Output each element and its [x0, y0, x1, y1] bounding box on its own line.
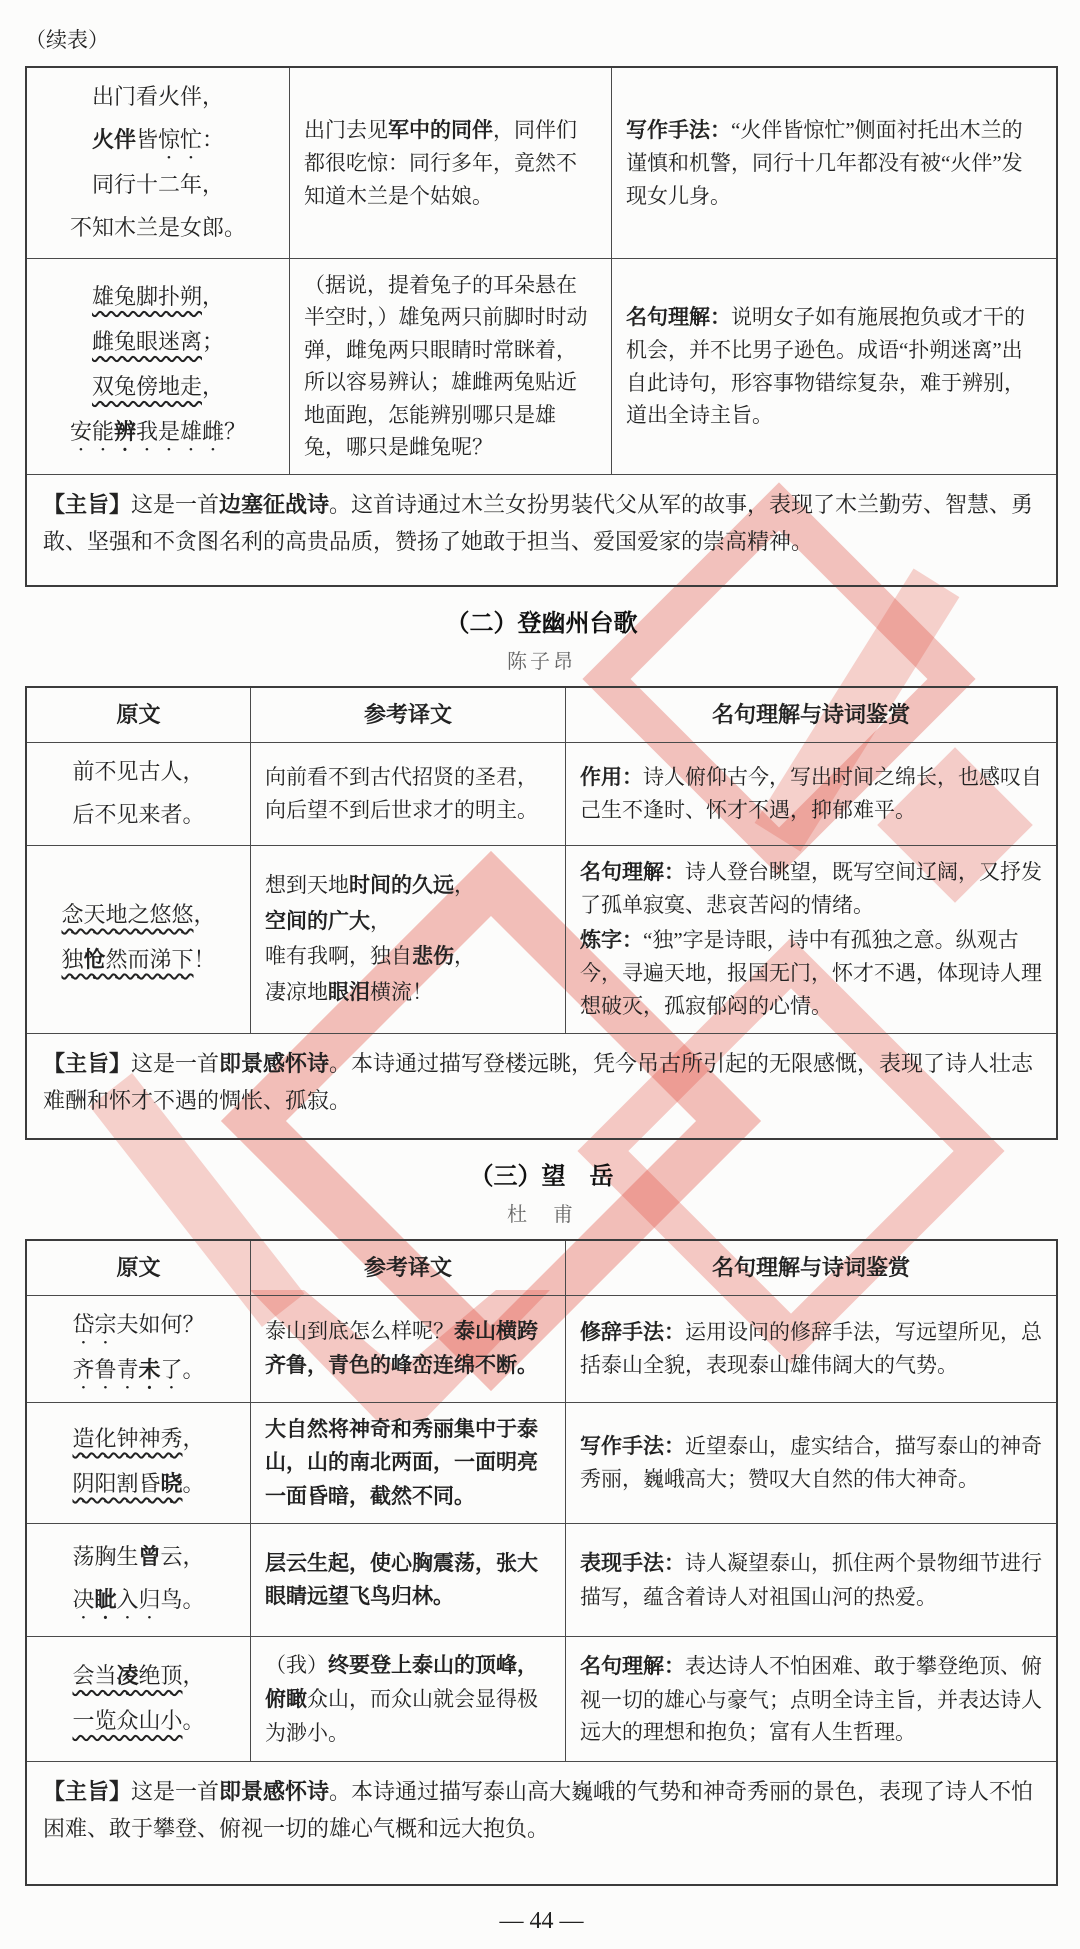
translation-cell: （据说，提着兔子的耳朵悬在半空时，）雄兔两只前脚时时动弹，雌兔两只眼睛时常眯着，…: [289, 259, 611, 474]
poem-cell: 念天地之悠悠，独怆然而涕下！: [27, 846, 250, 1033]
header-cell-analysis: 名句理解与诗词鉴赏: [565, 688, 1056, 742]
theme-summary-row: 【主旨】这是一首即景感怀诗。本诗通过描写泰山高大巍峨的气势和神奇秀丽的景色，表现…: [27, 1761, 1056, 1884]
table-row: 造化钟神秀，阴阳割昏晓。 大自然将神奇和秀丽集中于泰山，山的南北两面，一面明亮一…: [27, 1402, 1056, 1524]
table-row: 前不见古人，后不见来者。 向前看不到古代招贤的圣君，向后望不到后世求才的明主。 …: [27, 742, 1056, 845]
translation-cell: 大自然将神奇和秀丽集中于泰山，山的南北两面，一面明亮一面昏暗，截然不同。: [250, 1403, 565, 1524]
table-row: 雄兔脚扑朔，雌兔眼迷离；双兔傍地走，安能辨我是雄雌？ （据说，提着兔子的耳朵悬在…: [27, 258, 1056, 474]
table-row: 荡胸生曾云，决眦入归鸟。 层云生起，使心胸震荡，张大眼睛远望飞鸟归林。 表现手法…: [27, 1523, 1056, 1636]
section-heading: （三）望 岳 杜 甫: [25, 1156, 1058, 1227]
theme-summary-row: 【主旨】这是一首边塞征战诗。这首诗通过木兰女扮男装代父从军的故事，表现了木兰勤劳…: [27, 474, 1056, 585]
analysis-cell: 名句理解：诗人登台眺望，既写空间辽阔，又抒发了孤单寂寞、悲哀苦闷的情绪。炼字：“…: [565, 846, 1056, 1033]
table-row: 会当凌绝顶，一览众山小。 （我）终要登上泰山的顶峰，俯瞰众山，而众山就会显得极为…: [27, 1636, 1056, 1761]
analysis-cell: 写作手法：近望泰山，虚实结合，描写泰山的神奇秀丽，巍峨高大；赞叹大自然的伟大神奇…: [565, 1403, 1056, 1524]
analysis-cell: 作用：诗人俯仰古今，写出时间之绵长，也感叹自己生不逢时、怀才不遇，抑郁难平。: [565, 743, 1056, 845]
table-mulan-continued: 出门看火伴，火伴皆惊忙：同行十二年，不知木兰是女郎。 出门去见军中的同伴，同伴们…: [25, 66, 1058, 587]
analysis-cell: 名句理解：说明女子如有施展抱负或才干的机会，并不比男子逊色。成语“扑朔迷离”出自…: [611, 259, 1056, 474]
analysis-cell: 表现手法：诗人凝望泰山，抓住两个景物细节进行描写，蕴含着诗人对祖国山河的热爱。: [565, 1524, 1056, 1636]
translation-cell: 泰山到底怎么样呢？泰山横跨齐鲁，青色的峰峦连绵不断。: [250, 1296, 565, 1402]
section-author: 陈子昂: [25, 645, 1058, 674]
analysis-cell: 修辞手法：运用设问的修辞手法，写远望所见，总括泰山全貌，表现泰山雄伟阔大的气势。: [565, 1296, 1056, 1402]
translation-cell: 想到天地时间的久远，空间的广大，唯有我啊，独自悲伤，凄凉地眼泪横流！: [250, 846, 565, 1033]
section-title: （三）望 岳: [25, 1156, 1058, 1191]
header-cell-translation: 参考译文: [250, 688, 565, 742]
poem-cell: 前不见古人，后不见来者。: [27, 743, 250, 845]
header-cell-analysis: 名句理解与诗词鉴赏: [565, 1241, 1056, 1295]
section-author: 杜 甫: [25, 1198, 1058, 1227]
translation-cell: 出门去见军中的同伴，同伴们都很吃惊：同行多年，竟然不知道木兰是个姑娘。: [289, 68, 611, 258]
section-title: （二）登幽州台歌: [25, 603, 1058, 638]
translation-cell: 层云生起，使心胸震荡，张大眼睛远望飞鸟归林。: [250, 1524, 565, 1636]
theme-summary-row: 【主旨】这是一首即景感怀诗。本诗通过描写登楼远眺，凭今吊古所引起的无限感慨，表现…: [27, 1033, 1056, 1138]
continued-table-label: （续表）: [25, 24, 1058, 54]
poem-cell: 荡胸生曾云，决眦入归鸟。: [27, 1524, 250, 1636]
section-heading: （二）登幽州台歌 陈子昂: [25, 603, 1058, 674]
poem-cell: 岱宗夫如何？齐鲁青未了。: [27, 1296, 250, 1402]
poem-cell: 雄兔脚扑朔，雌兔眼迷离；双兔傍地走，安能辨我是雄雌？: [27, 259, 289, 474]
translation-cell: （我）终要登上泰山的顶峰，俯瞰众山，而众山就会显得极为渺小。: [250, 1637, 565, 1761]
table-dengyouzhoutaige: 原文 参考译文 名句理解与诗词鉴赏 前不见古人，后不见来者。 向前看不到古代招贤…: [25, 686, 1058, 1140]
table-header-row: 原文 参考译文 名句理解与诗词鉴赏: [27, 1241, 1056, 1295]
poem-cell: 造化钟神秀，阴阳割昏晓。: [27, 1403, 250, 1524]
translation-cell: 向前看不到古代招贤的圣君，向后望不到后世求才的明主。: [250, 743, 565, 845]
poem-cell: 会当凌绝顶，一览众山小。: [27, 1637, 250, 1761]
poem-cell: 出门看火伴，火伴皆惊忙：同行十二年，不知木兰是女郎。: [27, 68, 289, 258]
page: （续表） 出门看火伴，火伴皆惊忙：同行十二年，不知木兰是女郎。 出门去见军中的同…: [0, 0, 1080, 1935]
table-row: 出门看火伴，火伴皆惊忙：同行十二年，不知木兰是女郎。 出门去见军中的同伴，同伴们…: [27, 68, 1056, 258]
table-row: 岱宗夫如何？齐鲁青未了。 泰山到底怎么样呢？泰山横跨齐鲁，青色的峰峦连绵不断。 …: [27, 1295, 1056, 1402]
analysis-cell: 写作手法：“火伴皆惊忙”侧面衬托出木兰的谨慎和机警，同行十几年都没有被“火伴”发…: [611, 68, 1056, 258]
header-cell-original: 原文: [27, 1241, 250, 1295]
page-number: — 44 —: [25, 1908, 1058, 1935]
header-cell-translation: 参考译文: [250, 1241, 565, 1295]
table-header-row: 原文 参考译文 名句理解与诗词鉴赏: [27, 688, 1056, 742]
analysis-cell: 名句理解：表达诗人不怕困难、敢于攀登绝顶、俯视一切的雄心与豪气；点明全诗主旨，并…: [565, 1637, 1056, 1761]
header-cell-original: 原文: [27, 688, 250, 742]
table-wangyue: 原文 参考译文 名句理解与诗词鉴赏 岱宗夫如何？齐鲁青未了。 泰山到底怎么样呢？…: [25, 1239, 1058, 1887]
table-row: 念天地之悠悠，独怆然而涕下！ 想到天地时间的久远，空间的广大，唯有我啊，独自悲伤…: [27, 845, 1056, 1033]
